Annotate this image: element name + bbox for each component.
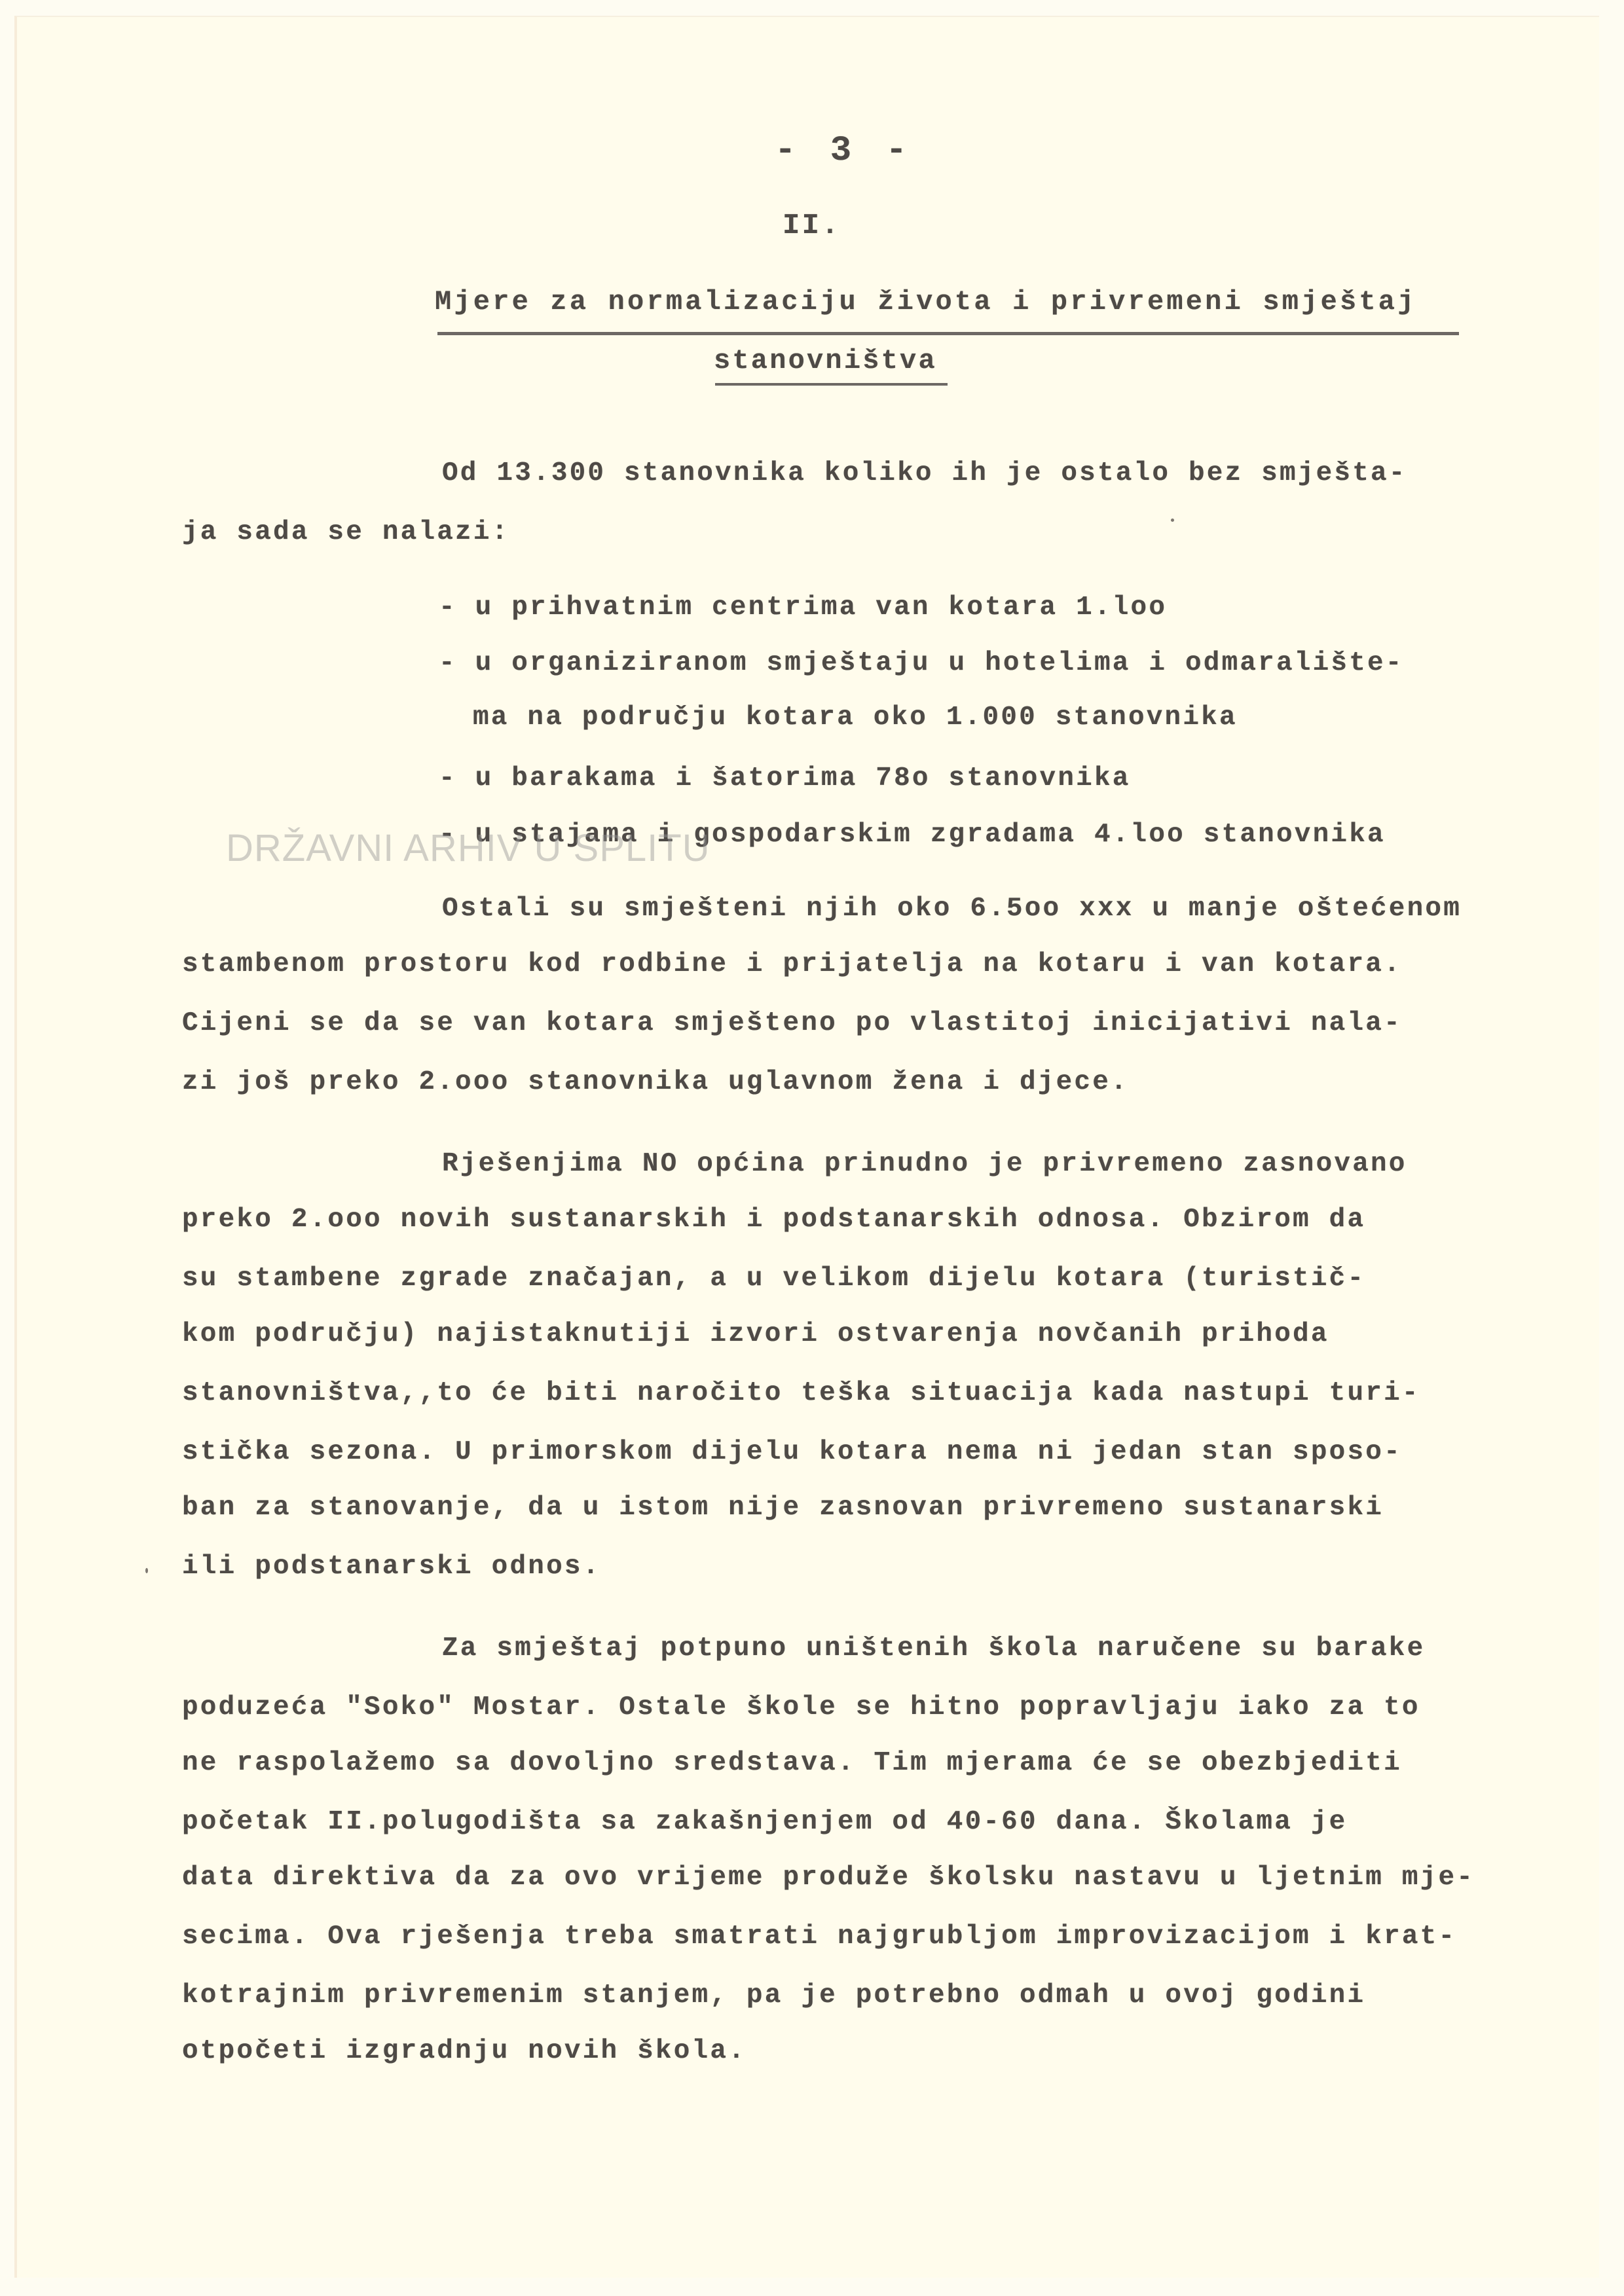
text-line: su stambene zgrade značajan, a u velikom… bbox=[182, 1264, 1365, 1294]
text-line: poduzeća "Soko" Mostar. Ostale škole se … bbox=[182, 1692, 1420, 1722]
text-line: Ostali su smješteni njih oko 6.5oo xxx u… bbox=[442, 894, 1462, 924]
text-line: Za smještaj potpuno uništenih škola naru… bbox=[442, 1633, 1425, 1664]
list-item: - u barakama i šatorima 78o stanovnika bbox=[439, 763, 1131, 793]
text-line: secima. Ova rješenja treba smatrati najg… bbox=[182, 1922, 1456, 1952]
text-line: Cijeni se da se van kotara smješteno po … bbox=[182, 1008, 1402, 1038]
text-line: otpočeti izgradnju novih škola. bbox=[182, 2036, 747, 2066]
archive-watermark: DRŽAVNI ARHIV U SPLITU bbox=[226, 826, 710, 870]
text-line: stambenom prostoru kod rodbine i prijate… bbox=[182, 949, 1402, 979]
text-line: kotrajnim privremenim stanjem, pa je pot… bbox=[182, 1980, 1365, 2011]
section-title-line-1: Mjere za normalizaciju života i privreme… bbox=[435, 286, 1417, 318]
text-line: data direktiva da za ovo vrijeme produže… bbox=[182, 1863, 1475, 1893]
text-line: Rješenjima NO općina prinudno je privrem… bbox=[442, 1149, 1407, 1179]
text-line: početak II.polugodišta sa zakašnjenjem o… bbox=[182, 1807, 1347, 1837]
list-item: - u prihvatnim centrima van kotara 1.loo bbox=[439, 592, 1167, 623]
list-item: - u organiziranom smještaju u hotelima i… bbox=[439, 648, 1404, 678]
list-item-continuation: ma na području kotara oko 1.000 stanovni… bbox=[473, 702, 1238, 733]
text-line: ili podstanarski odnos. bbox=[182, 1552, 601, 1582]
text-line: ja sada se nalazi: bbox=[182, 517, 509, 547]
title-underline-1 bbox=[437, 332, 1459, 335]
text-line: kom području) najistaknutiji izvori ostv… bbox=[182, 1319, 1329, 1349]
title-underline-2 bbox=[715, 383, 948, 386]
text-line: Od 13.300 stanovnika koliko ih je ostalo… bbox=[442, 458, 1407, 488]
text-line: stička sezona. U primorskom dijelu kotar… bbox=[182, 1437, 1402, 1467]
page-number: - 3 - bbox=[775, 131, 913, 171]
text-line: ban za stanovanje, da u istom nije zasno… bbox=[182, 1493, 1384, 1523]
text-line: ne raspolažemo sa dovoljno sredstava. Ti… bbox=[182, 1748, 1402, 1778]
text-line: stanovništva,,to će biti naročito teška … bbox=[182, 1378, 1420, 1408]
ink-speck bbox=[1171, 519, 1174, 522]
text-line: zi još preko 2.ooo stanovnika uglavnom ž… bbox=[182, 1067, 1129, 1097]
text-line: preko 2.ooo novih sustanarskih i podstan… bbox=[182, 1205, 1365, 1235]
section-title-line-2: stanovništva bbox=[714, 345, 937, 376]
section-number: II. bbox=[783, 210, 841, 242]
margin-mark bbox=[145, 1568, 148, 1573]
